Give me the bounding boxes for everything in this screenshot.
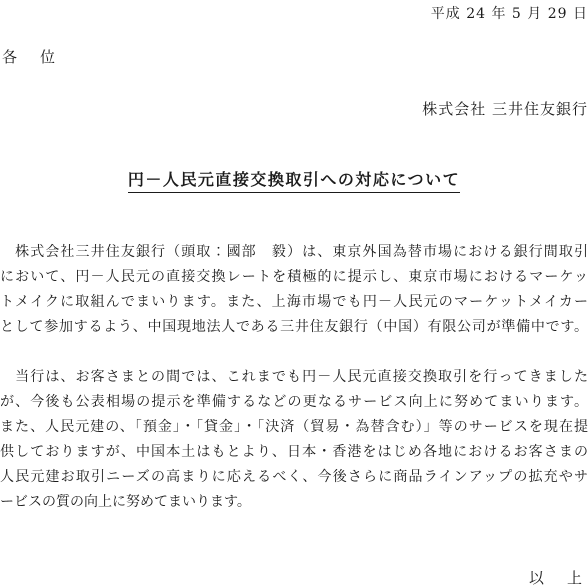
document-page: 平成 24 年 5 月 29 日 各 位 株式会社 三井住友銀行 円－人民元直接… xyxy=(0,0,588,588)
paragraph-line: において、円－人民元の直接交換レートを積極的に提示し、東京市場におけるマーケッ xyxy=(0,265,588,290)
title-row: 円－人民元直接交換取引への対応について xyxy=(0,167,588,193)
company-name: 株式会社 三井住友銀行 xyxy=(422,98,588,119)
paragraph-line: 当行は、お客さまとの間では、これまでも円－人民元直接交換取引を行ってきました xyxy=(0,365,588,390)
paragraph-line: また、人民元建の、「預金」・「貸金」・「決済（貿易・為替含む）」等のサービスを現… xyxy=(0,415,588,440)
body-paragraph-1: 株式会社三井住友銀行（頭取：國部 毅）は、東京外国為替市場における銀行間取引 に… xyxy=(0,240,588,340)
closing-mark: 以 上 xyxy=(529,567,586,588)
document-title: 円－人民元直接交換取引への対応について xyxy=(128,167,460,193)
body-paragraph-2: 当行は、お客さまとの間では、これまでも円－人民元直接交換取引を行ってきました が… xyxy=(0,365,588,515)
paragraph-line: ービスの質の向上に努めてまいります。 xyxy=(0,490,588,515)
document-date: 平成 24 年 5 月 29 日 xyxy=(431,3,588,23)
paragraph-line: が、今後も公表相場の提示を準備するなどの更なるサービス向上に努めてまいります。 xyxy=(0,390,588,415)
paragraph-line: として参加するよう、中国現地法人である三井住友銀行（中国）有限公司が準備中です。 xyxy=(0,315,588,340)
paragraph-line: トメイクに取組んでまいります。また、上海市場でも円－人民元のマーケットメイカー xyxy=(0,290,588,315)
paragraph-line: 株式会社三井住友銀行（頭取：國部 毅）は、東京外国為替市場における銀行間取引 xyxy=(0,240,588,265)
paragraph-line: 人民元建お取引ニーズの高まりに応えるべく、今後さらに商品ラインアップの拡充やサ xyxy=(0,465,588,490)
addressee: 各 位 xyxy=(2,46,59,67)
paragraph-line: 供しておりますが、中国本土はもとより、日本・香港をはじめ各地におけるお客さまの xyxy=(0,440,588,465)
